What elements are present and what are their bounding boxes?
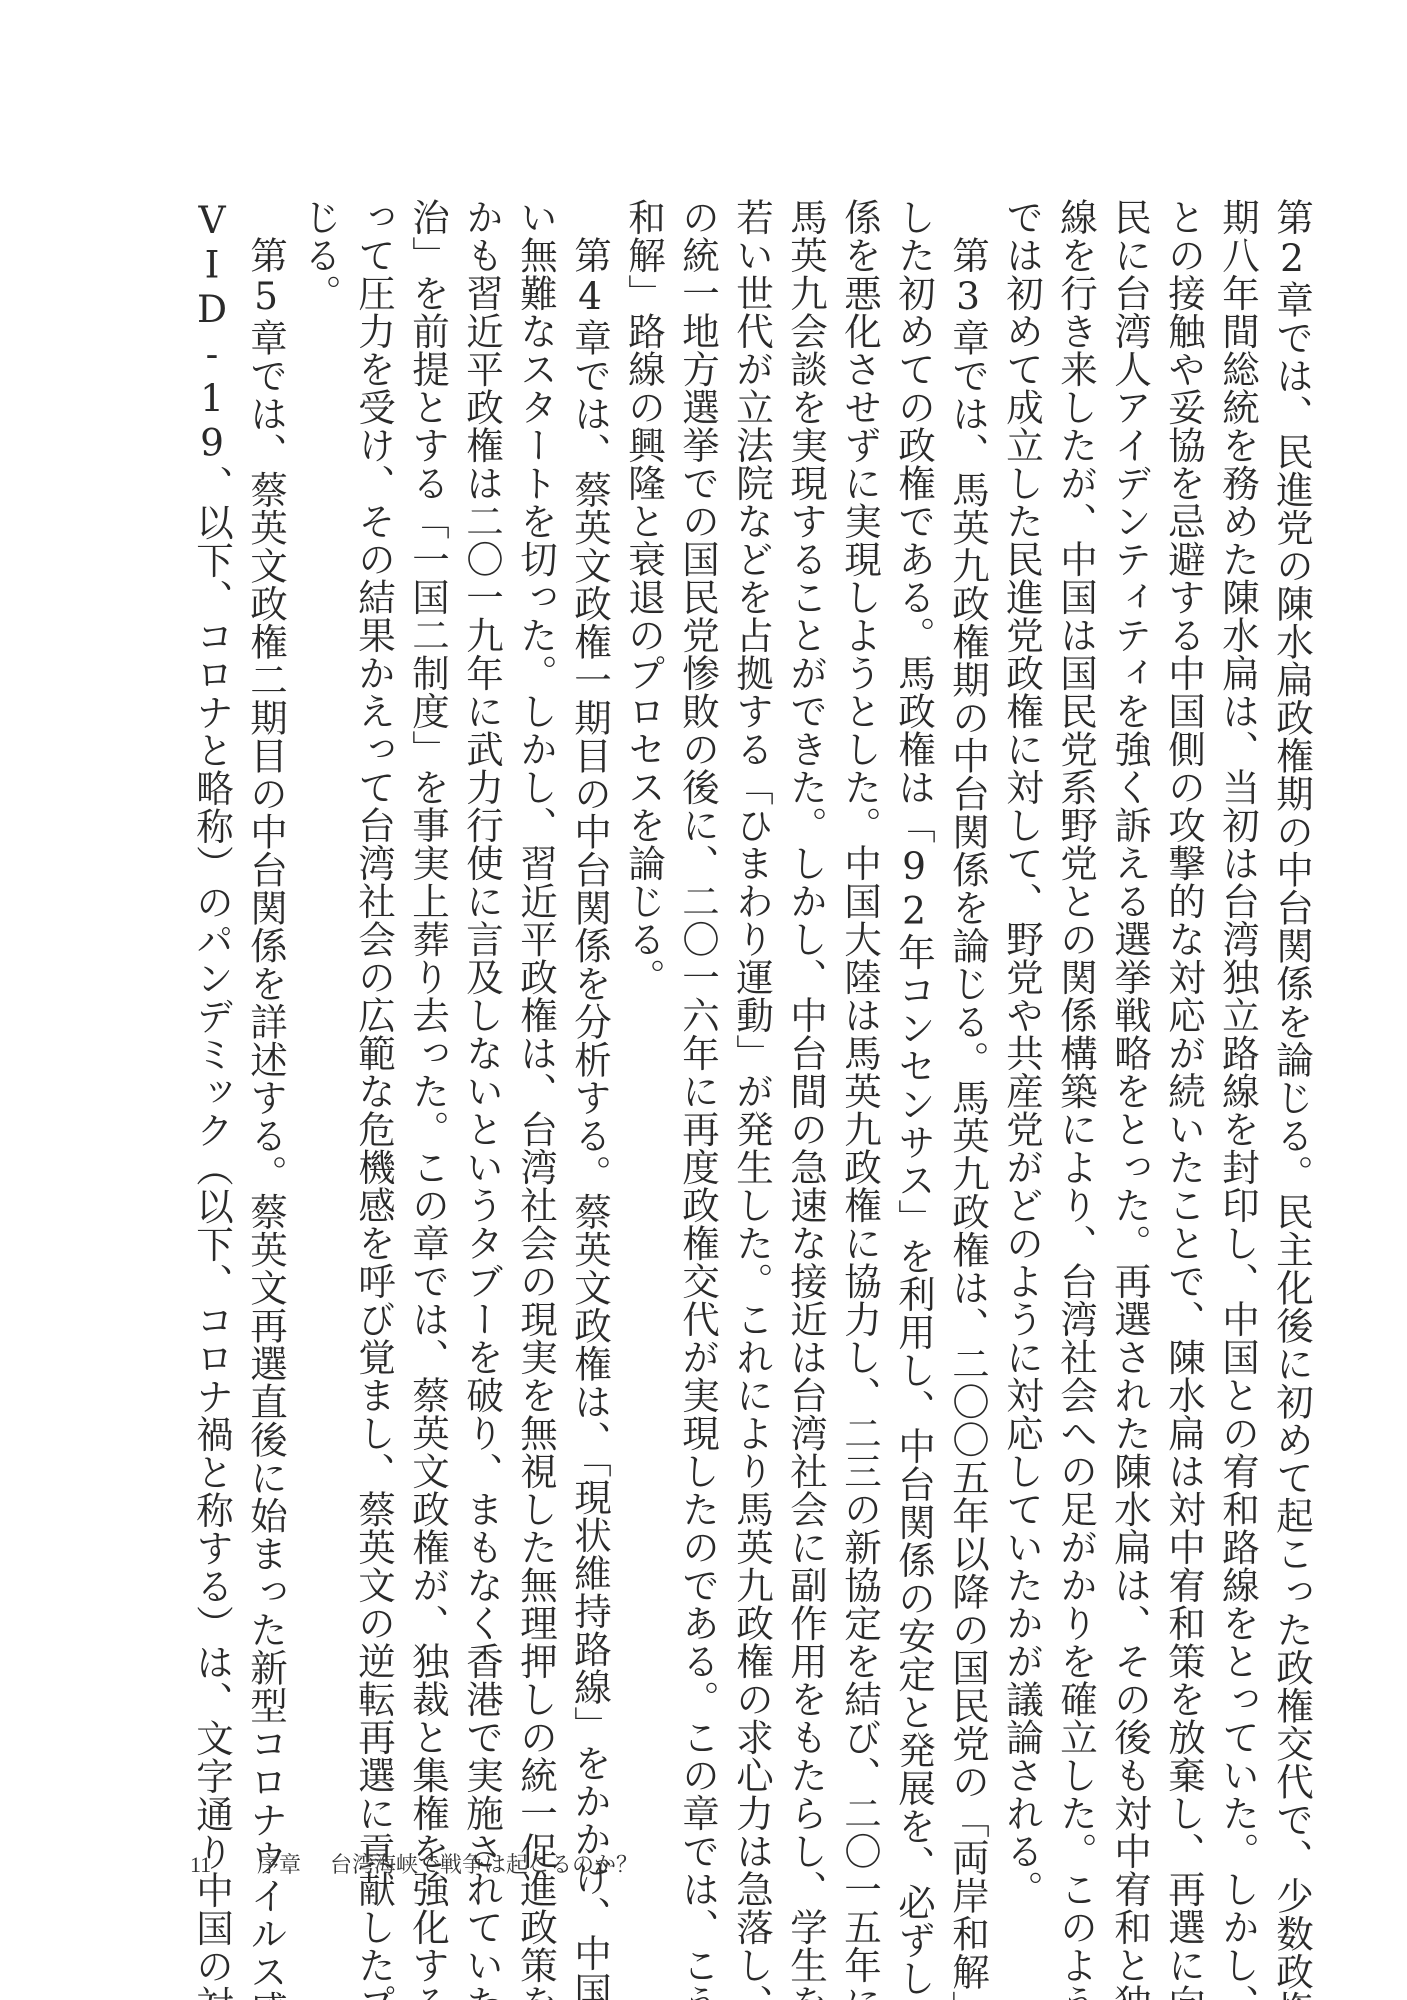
text-column: 民に台湾人アイデンティティを強く訴える選挙戦略をとった。再選された陳水扁は、その… (1103, 198, 1157, 1798)
page-footer: 11 序章 台湾海峡で戦争は起こるのか？ (190, 1848, 638, 1879)
chapter-title: 台湾海峡で戦争は起こるのか？ (330, 1853, 638, 1878)
text-column: 期八年間総統を務めた陳水扁は、当初は台湾独立路線を封印し、中国との宥和路線をとっ… (1211, 198, 1265, 1798)
text-column: との接触や妥協を忌避する中国側の攻撃的な対応が続いたことで、陳水扁は対中宥和策を… (1157, 198, 1211, 1798)
text-column: 和解」路線の興隆と衰退のプロセスを論じる。 (617, 198, 671, 1798)
vertical-body-text: 第2章では、民進党の陳水扁政権期の中台関係を論じる。民主化後に初めて起こった政権… (185, 198, 1319, 1798)
text-column: かも習近平政権は二〇一九年に武力行使に言及しないというタブーを破り、まもなく香港… (455, 198, 509, 1798)
text-column: って圧力を受け、その結果かえって台湾社会の広範な危機感を呼び覚まし、蔡英文の逆転… (347, 198, 401, 1798)
text-column: 若い世代が立法院などを占拠する「ひまわり運動」が発生した。これにより馬英九政権の… (725, 198, 779, 1798)
page-number: 11 (190, 1852, 250, 1878)
text-column: の統一地方選挙での国民党惨敗の後に、二〇一六年に再度政権交代が実現したのである。… (671, 198, 725, 1798)
text-column: 第2章では、民進党の陳水扁政権期の中台関係を論じる。民主化後に初めて起こった政権… (1265, 198, 1319, 1798)
text-column: 線を行き来したが、中国は国民党系野党との関係構築により、台湾社会への足がかりを確… (1049, 198, 1103, 1798)
text-column: した初めての政権である。馬政権は「92年コンセンサス」を利用し、中台関係の安定と… (887, 198, 941, 1798)
text-column: VID-19、以下、コロナと略称）のパンデミック（以下、コロナ禍と称する）は、文… (185, 198, 239, 1798)
text-column: 第3章では、馬英九政権期の中台関係を論じる。馬英九政権は、二〇〇五年以降の国民党… (941, 198, 995, 1798)
text-column: 係を悪化させずに実現しようとした。中国大陸は馬英九政権に協力し、二三の新協定を結… (833, 198, 887, 1798)
text-column: じる。 (293, 198, 347, 1798)
text-column: 第4章では、蔡英文政権一期目の中台関係を分析する。蔡英文政権は、「現状維持路線」… (563, 198, 617, 1798)
text-column: では初めて成立した民進党政権に対して、野党や共産党がどのように対応していたかが議… (995, 198, 1049, 1798)
chapter-label: 序章 (257, 1848, 301, 1879)
text-column: 治」を前提とする「一国二制度」を事実上葬り去った。この章では、蔡英文政権が、独裁… (401, 198, 455, 1798)
text-column: い無難なスタートを切った。しかし、習近平政権は、台湾社会の現実を無視した無理押し… (509, 198, 563, 1798)
text-column: 馬英九会談を実現することができた。しかし、中台間の急速な接近は台湾社会に副作用を… (779, 198, 833, 1798)
book-page: 第2章では、民進党の陳水扁政権期の中台関係を論じる。民主化後に初めて起こった政権… (0, 0, 1407, 2000)
text-column: 第5章では、蔡英文政権二期目の中台関係を詳述する。蔡英文再選直後に始まった新型コ… (239, 198, 293, 1798)
